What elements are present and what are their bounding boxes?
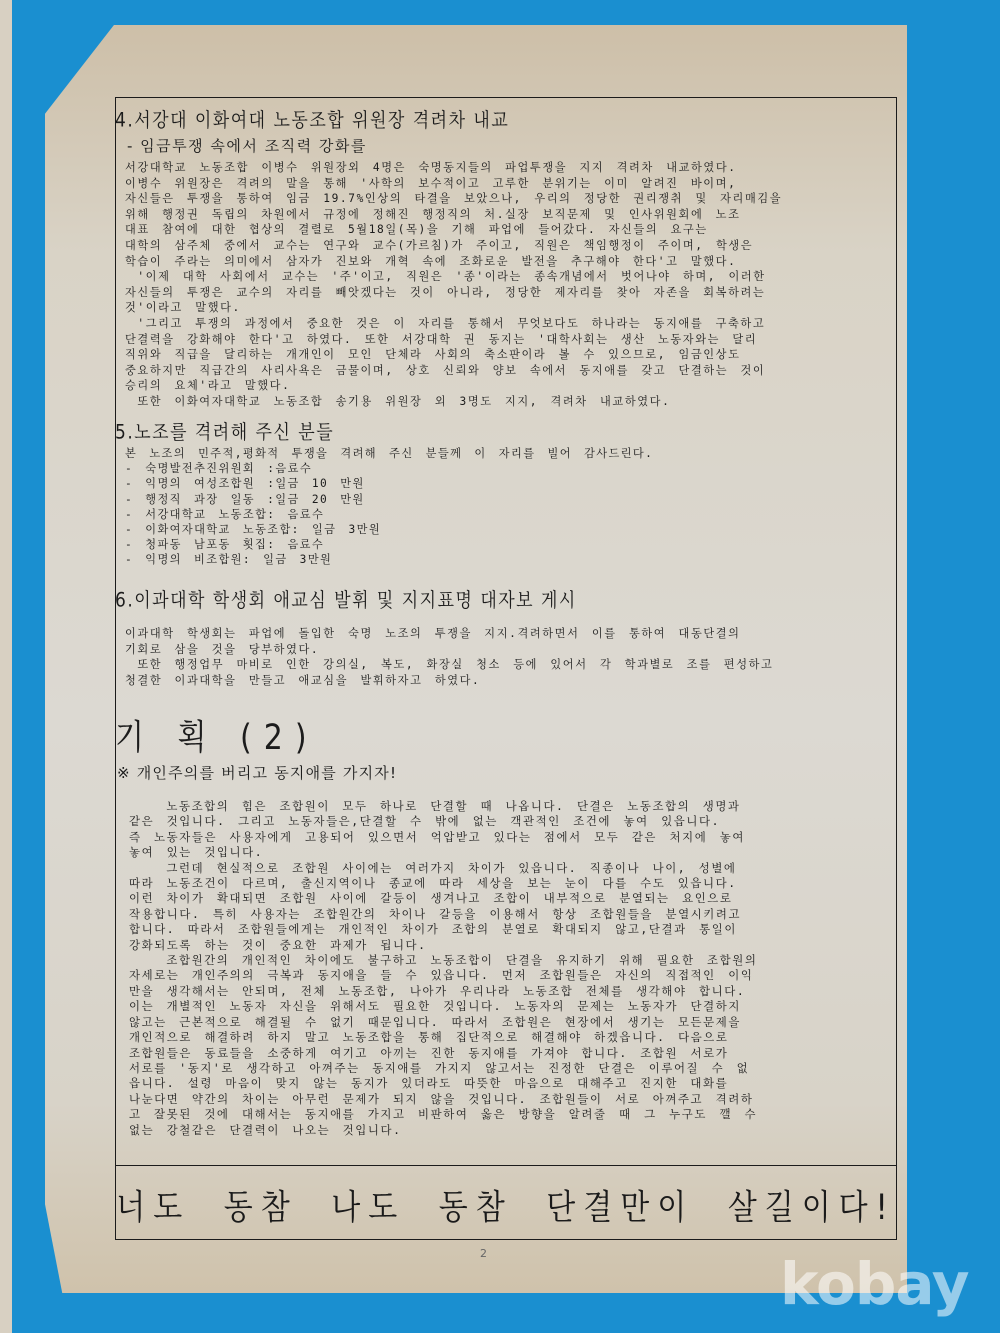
section-4-subheading: - 임금투쟁 속에서 조직력 강화를 — [127, 136, 897, 156]
supporter-item: - 숙명발전추진위원회 :음료수 — [125, 461, 897, 476]
section-4-paragraph: 또한 이화여자대학교 노동조합 송기용 위원장 외 3명도 지지, 격려차 내교… — [125, 394, 897, 410]
section-5-supporters: 5.노조를 격려해 주신 분들 본 노조의 민주적,평화적 투쟁을 격려해 주신… — [115, 420, 897, 568]
background-sheet-edge — [0, 0, 12, 1333]
section-5-heading: 5.노조를 격려해 주신 분들 — [115, 420, 897, 445]
supporter-item: - 행정직 과장 일동 :일금 20 만원 — [125, 492, 897, 507]
supporter-item: - 서강대학교 노동조합: 음료수 — [125, 507, 897, 522]
watermark-logo: kobay — [780, 1250, 969, 1318]
supporter-item: - 익명의 여성조합원 :일금 10 만원 — [125, 476, 897, 491]
feature-subtitle: ※ 개인주의를 버리고 동지애를 가지자! — [117, 762, 897, 783]
section-4-paragraph: '그리고 투쟁의 과정에서 중요한 것은 이 자리를 통해서 무엇보다도 하나라… — [125, 316, 897, 394]
feature-paragraph: 그런데 현실적으로 조합원 사이에는 여러가지 차이가 있읍니다. 직종이나 나… — [129, 861, 897, 953]
feature-paragraph: 조합원간의 개인적인 차이에도 불구하고 노동조합이 단결을 유지하기 위해 필… — [129, 953, 897, 1138]
slogan-box: 너도 동참 나도 동참 단결만이 살길이다! — [115, 1165, 897, 1241]
supporter-item: - 청파동 남포동 횟집: 음료수 — [125, 537, 897, 552]
feature-section: 기 획 (2) ※ 개인주의를 버리고 동지애를 가지자! 노동조합의 힘은 조… — [115, 718, 897, 1138]
section-6-paragraph: 또한 행정업무 마비로 인한 강의실, 복도, 화장실 청소 등에 있어서 각 … — [125, 657, 897, 688]
feature-paragraph: 노동조합의 힘은 조합원이 모두 하나로 단결할 때 나옵니다. 단결은 노동조… — [129, 799, 897, 861]
section-4-paragraph: 서강대학교 노동조합 이병수 위원장외 4명은 숙명동지들의 파업투쟁을 지지 … — [125, 160, 897, 316]
section-4-union-visit: 4.서강대 이화여대 노동조합 위원장 격려차 내교 - 임금투쟁 속에서 조직… — [115, 100, 897, 410]
supporter-item: - 익명의 비조합원: 일금 3만원 — [125, 552, 897, 567]
section-6-heading: 6.이과대학 학생회 애교심 발휘 및 지지표명 대자보 게시 — [115, 588, 897, 613]
supporter-item: - 이화여자대학교 노동조합: 일금 3만원 — [125, 522, 897, 537]
section-4-heading: 4.서강대 이화여대 노동조합 위원장 격려차 내교 — [115, 108, 897, 133]
section-5-intro: 본 노조의 민주적,평화적 투쟁을 격려해 주신 분들께 이 자리를 빌어 감사… — [125, 446, 897, 461]
page-number: 2 — [480, 1247, 487, 1260]
watermark-text: kobay — [780, 1250, 969, 1318]
section-6-paragraph: 이과대학 학생회는 파업에 돌입한 숙명 노조의 투쟁을 지지.격려하면서 이를… — [125, 626, 897, 657]
feature-title: 기 획 (2) — [115, 718, 897, 759]
slogan-text: 너도 동참 나도 동참 단결만이 살길이다! — [116, 1178, 895, 1229]
section-6-student-council: 6.이과대학 학생회 애교심 발휘 및 지지표명 대자보 게시 이과대학 학생회… — [115, 588, 897, 688]
